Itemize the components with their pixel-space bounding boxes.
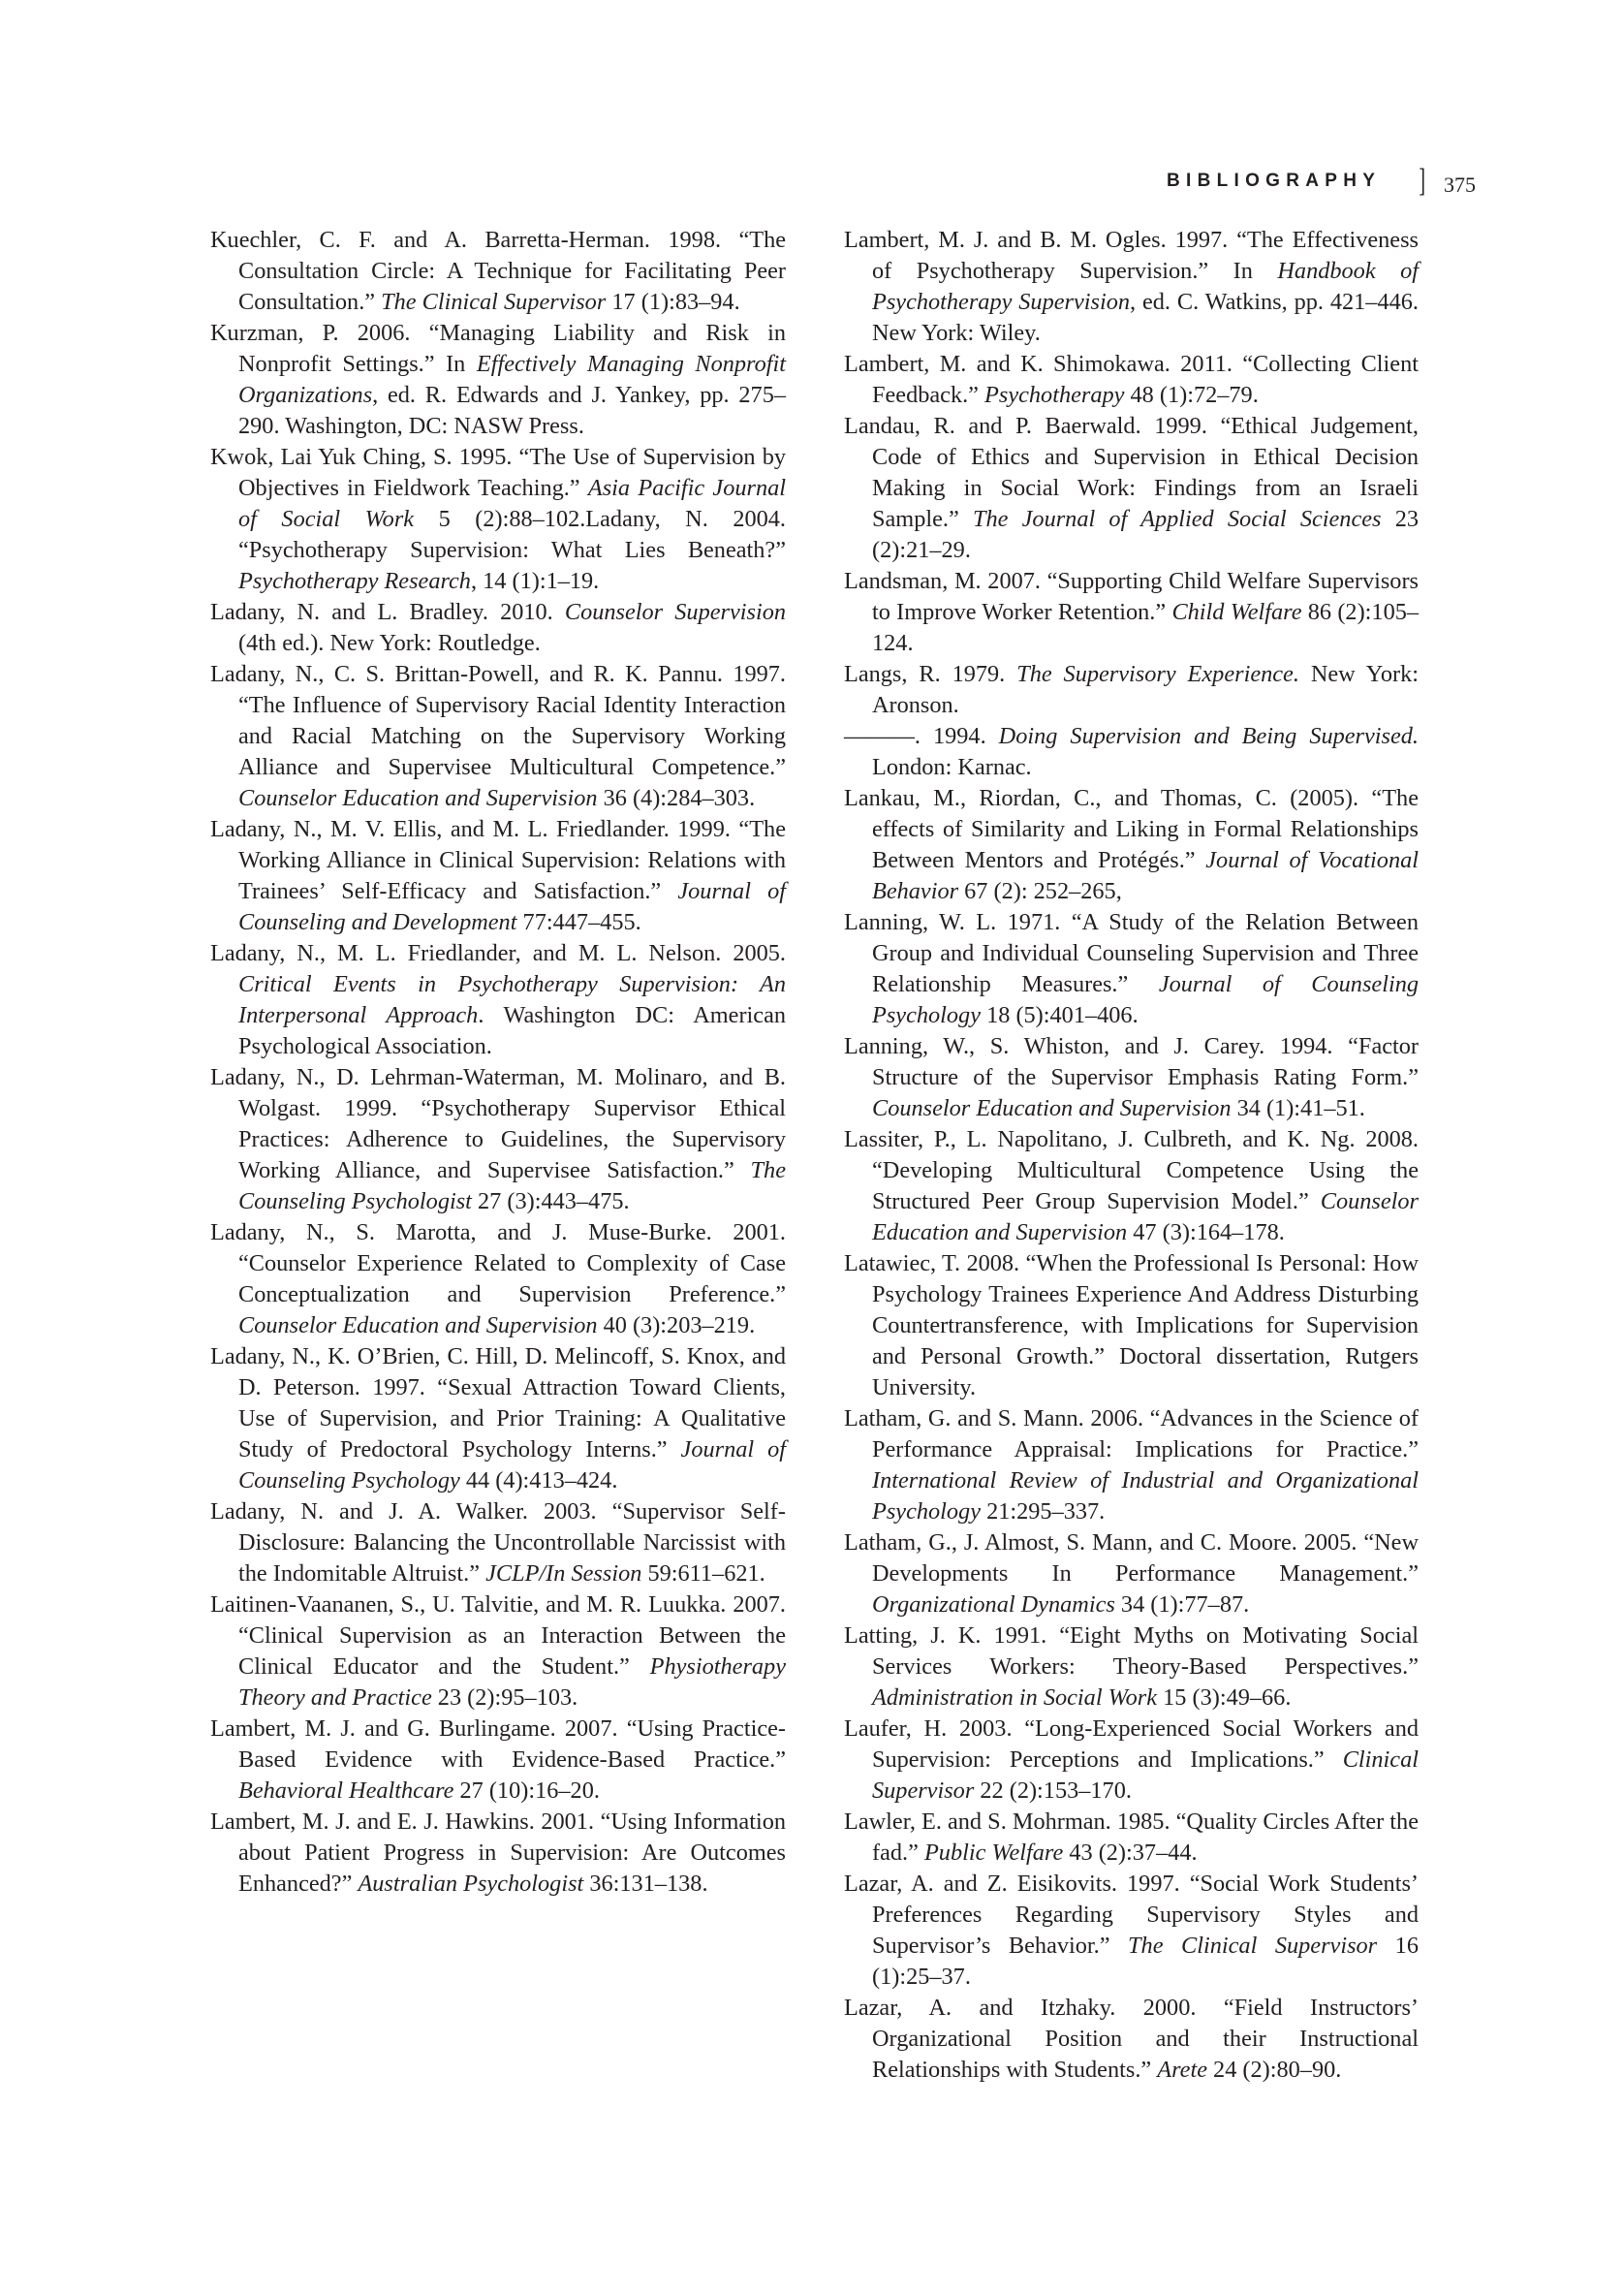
entry-title-italic: Psychotherapy (984, 382, 1124, 408)
entry-text: 23 (2):95–103. (432, 1684, 578, 1711)
bibliography-entry: Lanning, W. L. 1971. “A Study of the Rel… (844, 907, 1419, 1031)
bibliography-entry: Lambert, M. and K. Shimokawa. 2011. “Col… (844, 349, 1419, 411)
entry-title-italic: Behavioral Healthcare (238, 1777, 453, 1804)
bracket-ornament: ] (1419, 165, 1425, 198)
bibliography-entry: Ladany, N., C. S. Brittan-Powell, and R.… (210, 659, 786, 814)
bibliography-entry: Latting, J. K. 1991. “Eight Myths on Mot… (844, 1620, 1419, 1714)
entry-text: 18 (5):401–406. (981, 1002, 1139, 1028)
bibliography-entry: Kurzman, P. 2006. “Managing Liability an… (210, 318, 786, 442)
running-head: BIBLIOGRAPHY (1167, 171, 1381, 192)
entry-text: , 14 (1):1–19. (471, 568, 599, 594)
entry-text: (4th ed.). New York: Routledge. (238, 630, 541, 656)
entry-text: ———. 1994. (844, 723, 999, 749)
entry-title-italic: Child Welfare (1171, 599, 1301, 625)
bibliography-entry: Ladany, N. and J. A. Walker. 2003. “Supe… (210, 1496, 786, 1589)
entry-title-italic: The Clinical Supervisor (1128, 1933, 1377, 1959)
entry-text: Latham, G., J. Almost, S. Mann, and C. M… (844, 1529, 1419, 1587)
bibliography-entry: Langs, R. 1979. The Supervisory Experien… (844, 659, 1419, 721)
bibliography-entry: ———. 1994. Doing Supervision and Being S… (844, 721, 1419, 783)
bibliography-entry: Ladany, N., S. Marotta, and J. Muse-Burk… (210, 1217, 786, 1341)
entry-text: 40 (3):203–219. (598, 1312, 756, 1338)
entry-text: Latawiec, T. 2008. “When the Professiona… (844, 1250, 1419, 1400)
entry-title-italic: JCLP/In Session (485, 1560, 641, 1587)
bibliography-entry: Lambert, M. J. and G. Burlingame. 2007. … (210, 1714, 786, 1807)
entry-text: 34 (1):77–87. (1115, 1591, 1249, 1618)
entry-text: 48 (1):72–79. (1124, 382, 1258, 408)
bibliography-entry: Ladany, N. and L. Bradley. 2010. Counsel… (210, 597, 786, 659)
entry-text: Ladany, N., D. Lehrman-Waterman, M. Moli… (210, 1064, 786, 1183)
entry-text: Latting, J. K. 1991. “Eight Myths on Mot… (844, 1622, 1419, 1680)
entry-title-italic: Arete (1157, 2057, 1207, 2083)
bibliography-entry: Ladany, N., K. O’Brien, C. Hill, D. Meli… (210, 1341, 786, 1496)
bibliography-entry: Latham, G. and S. Mann. 2006. “Advances … (844, 1403, 1419, 1527)
entry-text: Laufer, H. 2003. “Long-Experienced Socia… (844, 1715, 1419, 1773)
bibliography-entry: Ladany, N., D. Lehrman-Waterman, M. Moli… (210, 1062, 786, 1217)
entry-text: 59:611–621. (641, 1560, 765, 1587)
entry-title-italic: Counselor Education and Supervision (238, 1312, 598, 1338)
entry-text: 27 (10):16–20. (453, 1777, 600, 1804)
bibliography-entry: Lazar, A. and Itzhaky. 2000. “Field Inst… (844, 1993, 1419, 2086)
entry-text: 36 (4):284–303. (598, 785, 756, 811)
entry-text: 24 (2):80–90. (1207, 2057, 1341, 2083)
entry-title-italic: Australian Psychologist (358, 1871, 583, 1897)
bibliography-entry: Kwok, Lai Yuk Ching, S. 1995. “The Use o… (210, 442, 786, 597)
bibliography-entry: Laitinen-Vaananen, S., U. Talvitie, and … (210, 1589, 786, 1714)
bibliography-column-left: Kuechler, C. F. and A. Barretta-Herman. … (210, 225, 786, 1900)
bibliography-entry: Landau, R. and P. Baerwald. 1999. “Ethic… (844, 411, 1419, 566)
entry-text: Latham, G. and S. Mann. 2006. “Advances … (844, 1405, 1419, 1463)
entry-text: Langs, R. 1979. (844, 661, 1016, 687)
entry-text: Lanning, W., S. Whiston, and J. Carey. 1… (844, 1033, 1419, 1090)
bibliography-entry: Lambert, M. J. and B. M. Ogles. 1997. “T… (844, 225, 1419, 349)
entry-text: London: Karnac. (872, 754, 1032, 780)
entry-title-italic: The Clinical Supervisor (381, 289, 606, 315)
entry-title-italic: Counselor Education and Supervision (872, 1095, 1232, 1121)
bibliography-entry: Ladany, N., M. L. Friedlander, and M. L.… (210, 938, 786, 1062)
entry-text: 27 (3):443–475. (472, 1188, 630, 1214)
bibliography-entry: Ladany, N., M. V. Ellis, and M. L. Fried… (210, 814, 786, 938)
entry-text: Ladany, N. and L. Bradley. 2010. (210, 599, 565, 625)
bibliography-entry: Lassiter, P., L. Napolitano, J. Culbreth… (844, 1124, 1419, 1248)
bibliography-entry: Latawiec, T. 2008. “When the Professiona… (844, 1248, 1419, 1403)
entry-text: 47 (3):164–178. (1127, 1219, 1285, 1245)
entry-title-italic: The Journal of Applied Social Sciences (973, 506, 1382, 532)
entry-title-italic: Public Welfare (924, 1840, 1063, 1866)
entry-text: 34 (1):41–51. (1232, 1095, 1365, 1121)
bibliography-entry: Lazar, A. and Z. Eisikovits. 1997. “Soci… (844, 1869, 1419, 1993)
entry-title-italic: Psychotherapy Research (238, 568, 471, 594)
bibliography-entry: Lawler, E. and S. Mohrman. 1985. “Qualit… (844, 1807, 1419, 1869)
entry-title-italic: Organizational Dynamics (872, 1591, 1115, 1618)
entry-text: 22 (2):153–170. (974, 1777, 1132, 1804)
entry-text: Lambert, M. J. and G. Burlingame. 2007. … (210, 1715, 786, 1773)
entry-title-italic: Administration in Social Work (872, 1684, 1157, 1711)
entry-text: Ladany, N., M. L. Friedlander, and M. L.… (210, 940, 786, 966)
entry-text: 36:131–138. (583, 1871, 707, 1897)
entry-text: 43 (2):37–44. (1063, 1840, 1197, 1866)
bibliography-column-right: Lambert, M. J. and B. M. Ogles. 1997. “T… (844, 225, 1419, 2086)
entry-title-italic: Counselor Education and Supervision (238, 785, 598, 811)
entry-text: Ladany, N., C. S. Brittan-Powell, and R.… (210, 661, 786, 780)
entry-title-italic: The Supervisory Experience. (1016, 661, 1299, 687)
entry-text: 21:295–337. (981, 1498, 1105, 1525)
entry-text: 17 (1):83–94. (606, 289, 739, 315)
bibliography-entry: Laufer, H. 2003. “Long-Experienced Socia… (844, 1714, 1419, 1807)
bibliography-entry: Landsman, M. 2007. “Supporting Child Wel… (844, 566, 1419, 659)
page-number: 375 (1444, 173, 1476, 198)
entry-text: 44 (4):413–424. (460, 1467, 618, 1494)
entry-title-italic: International Review of Industrial and O… (872, 1467, 1419, 1525)
entry-text: 77:447–455. (516, 909, 640, 935)
entry-title-italic: Counselor Supervision (565, 599, 786, 625)
entry-text: Ladany, N., S. Marotta, and J. Muse-Burk… (210, 1219, 786, 1307)
bibliography-entry: Lambert, M. J. and E. J. Hawkins. 2001. … (210, 1807, 786, 1900)
entry-title-italic: Doing Supervision and Being Supervised. (999, 723, 1419, 749)
bibliography-entry: Kuechler, C. F. and A. Barretta-Herman. … (210, 225, 786, 318)
entry-text: 15 (3):49–66. (1157, 1684, 1291, 1711)
bibliography-entry: Latham, G., J. Almost, S. Mann, and C. M… (844, 1527, 1419, 1620)
bibliography-entry: Lankau, M., Riordan, C., and Thomas, C. … (844, 783, 1419, 907)
entry-text: 67 (2): 252–265, (958, 878, 1122, 904)
bibliography-entry: Lanning, W., S. Whiston, and J. Carey. 1… (844, 1031, 1419, 1124)
